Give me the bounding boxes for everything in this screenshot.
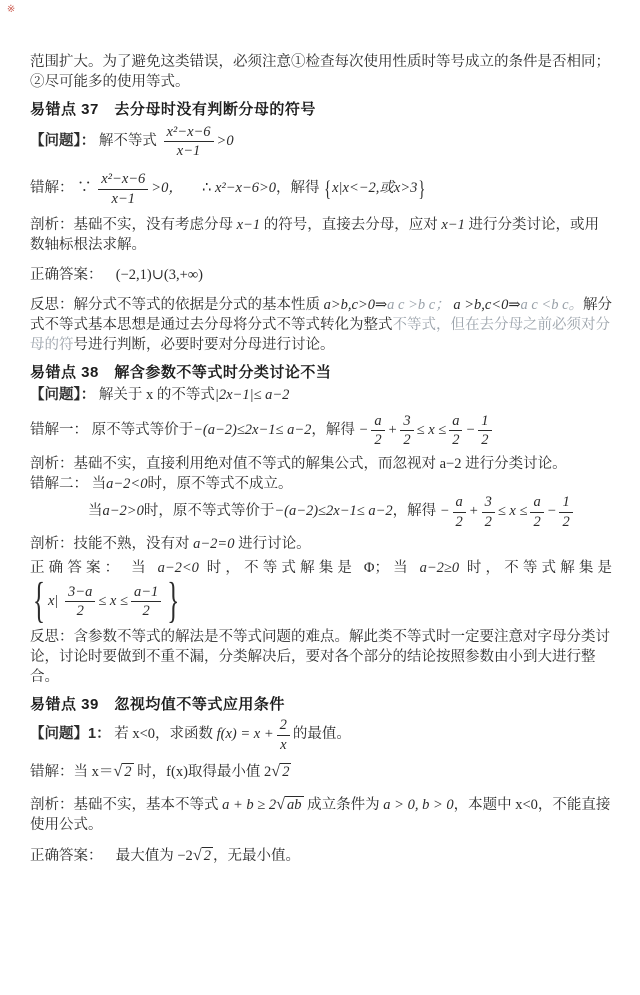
analysis-text: 进行讨论。 (238, 536, 311, 552)
abs-inequality: |2x−1|≤ a−2 (215, 387, 290, 403)
text: 当 x＝ (74, 764, 114, 780)
minus-sign: − (465, 422, 475, 438)
text: ，解得 (311, 422, 355, 438)
reflect-text: 号进行判断，必要时要对分母进行讨论。 (74, 337, 335, 353)
text: 时，f(x)取得最小值 2 (137, 764, 271, 780)
fraction-2-x: 2x (277, 717, 290, 752)
wrong-label: 错解： (30, 181, 74, 197)
s39-wrong-line: 错解：当 x＝√2 时，f(x)取得最小值 2√2 (30, 761, 612, 782)
math-x-minus-1: x−1 (237, 217, 260, 233)
sqrt-2: √2 (193, 848, 213, 864)
text: 时，不等式解集是 Φ；当 (207, 560, 412, 576)
fraction-3-2: 32 (400, 413, 413, 448)
text: 当 (88, 503, 103, 519)
leq-x-leq: ≤ x ≤ (498, 503, 528, 519)
math-x-minus-1: x−1 (441, 217, 464, 233)
document-body: 范围扩大。为了避免这类错误，必须注意①检查每次使用性质时等号成立的条件是否相同；… (0, 0, 640, 866)
wrong-label: 错解： (30, 764, 74, 780)
sqrt-2: √2 (271, 764, 291, 780)
minus-sign: − (440, 503, 450, 519)
fraction-3-2: 32 (482, 494, 495, 529)
sqrt-2: √2 (113, 764, 133, 780)
reflect-text: 解分式不等式的依据是分式的基本性质 (74, 297, 321, 313)
s38-answer-line: 正确答案： 当 a−2<0 时，不等式解集是 Φ；当 a−2≥0 时，不等式解集… (30, 558, 612, 578)
s37-wrong-line: 错解： ∵ x²−x−6x−1>0， ∴ x²−x−6>0，解得 {x|x<−2… (30, 171, 612, 206)
s38-wrong2-line2: 当a−2>0时，原不等式等价于−(a−2)≤2x−1≤ a−2，解得 −a2+3… (30, 494, 612, 529)
property-formula: a >b,c<0⇒ (453, 297, 520, 313)
s38-analysis1-line: 剖析：基础不实，直接利用绝对值不等式的解集公式，而忽视对 a−2 进行分类讨论。 (30, 454, 612, 474)
analysis-text: 基础不实，直接利用绝对值不等式的解集公式，而忽视对 a−2 进行分类讨论。 (74, 456, 567, 472)
derived-inequality: x²−x−6>0 (215, 181, 276, 197)
fraction-a-1-2: a−12 (131, 584, 161, 619)
s38-wrong1-line: 错解一： 原不等式等价于−(a−2)≤2x−1≤ a−2，解得 −a2+32≤ … (30, 413, 612, 448)
problem-text: 若 x<0，求函数 (114, 726, 213, 742)
analysis-label: 剖析： (30, 797, 74, 813)
problem-text: 解关于 x 的不等式 (99, 387, 215, 403)
right-brace: } (418, 175, 425, 205)
analysis-text: 的符号，直接去分母，应对 (264, 217, 438, 233)
condition: a > 0, b > 0 (383, 797, 453, 813)
minus-sign: − (359, 422, 369, 438)
document-page: { "corner_mark": "※", "radical": "√", "i… (0, 0, 640, 995)
text: 当 (131, 560, 150, 576)
fraction-3-a-2: 3−a2 (65, 584, 95, 619)
condition: a−2<0 (106, 476, 147, 492)
analysis-label: 剖析： (30, 536, 74, 552)
text: ，解得 (276, 181, 320, 197)
text: 当 (92, 476, 107, 492)
wrong2-label: 错解二： (30, 476, 88, 492)
s38-solution-set-line: {x| 3−a2≤ x ≤a−12} (30, 584, 612, 619)
therefore-symbol: ∴ (202, 181, 211, 197)
text: 原不等式等价于 (92, 422, 194, 438)
equivalent-inequality: −(a−2)≤2x−1≤ a−2 (274, 503, 392, 519)
condition: a−2>0 (103, 503, 144, 519)
analysis-text: 技能不熟，没有对 (74, 536, 190, 552)
answer-text: 最大值为 −2 (116, 848, 193, 864)
wrong1-label: 错解一： (30, 422, 88, 438)
leq-x-leq: ≤ x ≤ (417, 422, 447, 438)
analysis-label: 剖析： (30, 217, 74, 233)
fraction-a-2: a2 (530, 494, 543, 529)
analysis-text: 基础不实，基本不等式 (74, 797, 219, 813)
text: 时，原不等式不成立。 (147, 476, 292, 492)
function-def: f(x) = x + (217, 726, 274, 742)
condition: a−2<0 (158, 560, 199, 576)
answer-interval: (−2,1)∪(3,+∞) (116, 267, 203, 283)
right-brace: } (167, 577, 179, 627)
problem-text: 的最值。 (293, 726, 351, 742)
because-symbol: ∵ (77, 181, 92, 197)
s39-answer-line: 正确答案： 最大值为 −2√2，无最小值。 (30, 845, 612, 866)
problem-label: 【问题】1： (30, 726, 111, 742)
inequality-rhs: >0， (151, 181, 183, 197)
fraction-a-2: a2 (449, 413, 462, 448)
problem-label: 【问题】： (30, 133, 95, 149)
fraction: x²−x−6x−1 (98, 171, 148, 206)
answer-label: 正确答案： (30, 848, 103, 864)
reflect-text: 含参数不等式的解法是不等式问题的难点。解此类不等式时一定要注意对字母分类讨论，讨… (30, 629, 610, 685)
sqrt-ab: √ab (276, 797, 303, 813)
solution-set: x|x<−2,或x>3 (332, 181, 417, 197)
fraction-1-2: 12 (478, 413, 491, 448)
text: ，解得 (393, 503, 437, 519)
analysis-label: 剖析： (30, 456, 74, 472)
property-formula-result: a c >b c； (387, 297, 450, 313)
s39-analysis-paragraph: 剖析：基础不实，基本不等式 a + b ≥ 2√ab 成立条件为 a > 0, … (30, 794, 612, 835)
text: 时，原不等式等价于 (144, 503, 275, 519)
condition: a−2=0 (193, 536, 234, 552)
plus-sign: + (469, 503, 479, 519)
s37-problem-line: 【问题】： 解不等式 x²−x−6x−1>0 (30, 124, 612, 159)
inequality-rhs: >0 (217, 133, 234, 149)
section-38-heading: 易错点 38 解含参数不等式时分类讨论不当 (30, 363, 612, 383)
analysis-text: 基础不实，没有考虑分母 (74, 217, 234, 233)
fraction-a-2: a2 (371, 413, 384, 448)
analysis-text: 成立条件为 (307, 797, 380, 813)
problem-label: 【问题】： (30, 387, 95, 403)
s38-wrong2-line1: 错解二： 当a−2<0时，原不等式不成立。 (30, 474, 612, 494)
leq-x-leq: ≤ x ≤ (98, 593, 128, 609)
reflect-label: 反思： (30, 297, 74, 313)
fraction-1-2: 12 (559, 494, 572, 529)
answer-label: 正确答案： (30, 560, 123, 576)
left-brace: { (324, 175, 331, 205)
section-39-heading: 易错点 39 忽视均值不等式应用条件 (30, 695, 612, 715)
property-formula-result: a c <b c。 (520, 297, 583, 313)
s37-analysis-line: 剖析：基础不实，没有考虑分母 x−1 的符号，直接去分母，应对 x−1 进行分类… (30, 215, 612, 255)
answer-text: ，无最小值。 (213, 848, 300, 864)
fraction-a-2: a2 (453, 494, 466, 529)
set-variable: x| (48, 593, 58, 609)
fraction: x²−x−6x−1 (164, 124, 214, 159)
answer-label: 正确答案： (30, 267, 103, 283)
property-formula: a>b,c>0⇒ (324, 297, 388, 313)
problem-text: 解不等式 (99, 133, 157, 149)
s38-problem-line: 【问题】： 解关于 x 的不等式|2x−1|≤ a−2 (30, 385, 612, 405)
s39-problem-line: 【问题】1： 若 x<0，求函数 f(x) = x +2x的最值。 (30, 717, 612, 752)
s38-analysis2-line: 剖析：技能不熟，没有对 a−2=0 进行讨论。 (30, 534, 612, 554)
left-brace: { (33, 577, 45, 627)
reflect-label: 反思： (30, 629, 74, 645)
red-seal-icon: ※ (7, 5, 16, 16)
am-gm-inequality: a + b ≥ 2 (222, 797, 276, 813)
intro-paragraph: 范围扩大。为了避免这类错误，必须注意①检查每次使用性质时等号成立的条件是否相同；… (30, 52, 612, 92)
s37-reflect-paragraph: 反思：解分式不等式的依据是分式的基本性质 a>b,c>0⇒a c >b c； a… (30, 295, 612, 355)
condition: a−2≥0 (420, 560, 460, 576)
minus-sign: − (547, 503, 557, 519)
equivalent-inequality: −(a−2)≤2x−1≤ a−2 (193, 422, 311, 438)
text: 时，不等式解集是 (467, 560, 612, 576)
s37-answer-line: 正确答案： (−2,1)∪(3,+∞) (30, 265, 612, 285)
s38-reflect-paragraph: 反思：含参数不等式的解法是不等式问题的难点。解此类不等式时一定要注意对字母分类讨… (30, 627, 612, 687)
section-37-heading: 易错点 37 去分母时没有判断分母的符号 (30, 100, 612, 120)
plus-sign: + (388, 422, 398, 438)
